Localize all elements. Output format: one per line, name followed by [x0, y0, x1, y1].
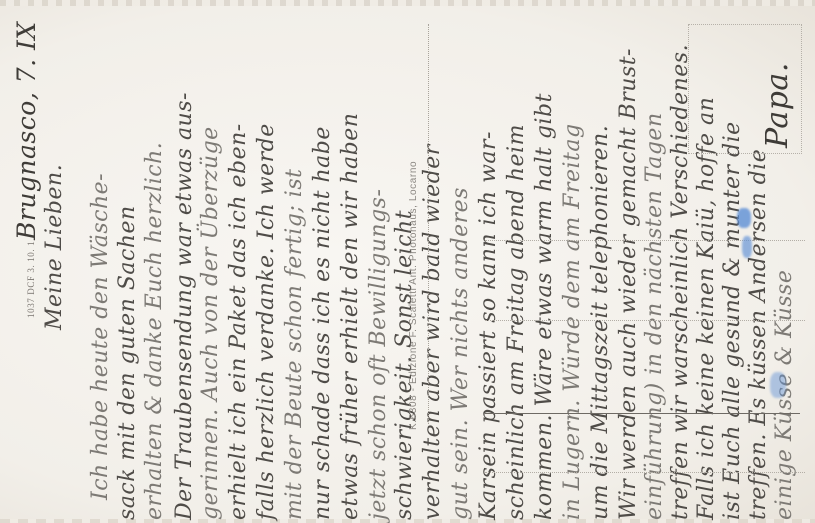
text-line: jetzt schon oft Bewilligungs-	[366, 189, 391, 520]
publisher-imprint: K.6308 - Edizione F. Scaletti Ant. Photo…	[408, 161, 419, 430]
place-date: Brugnasco, 7. IX	[12, 21, 41, 240]
postcard-back: 1037 DCF 3. 10. 1 Brugnasco, 7. IX Meine…	[0, 0, 815, 523]
text-line: Ich habe heute den Wäsche-	[88, 173, 113, 500]
address-line	[485, 240, 805, 241]
text-line: gerinnen. Auch von der Überzüge	[198, 126, 223, 520]
center-divider	[428, 24, 429, 424]
ink-blot	[770, 372, 786, 398]
address-line	[485, 320, 805, 321]
text-line: erhielt ich ein Paket das ich eben-	[226, 123, 251, 520]
text-line: Wir werden auch wieder gemacht Brust-	[616, 48, 641, 520]
stamp-box	[688, 24, 802, 154]
text-line: etwas früher erhielt den wir haben	[338, 113, 363, 520]
card-code: 1037 DCF 3. 10. 1	[26, 241, 36, 318]
text-line: einführung) in den nächsten Tagen	[642, 112, 667, 520]
text-line: um die Mittagszeit telephonieren.	[588, 125, 613, 520]
address-line-solid	[485, 413, 800, 414]
text-line: Karsein passiert so kann ich war-	[476, 131, 501, 520]
text-line: scheinlich am Freitag abend heim	[504, 124, 529, 520]
text-line: mit der Beute schon fertig; ist	[282, 169, 307, 520]
address-line	[485, 472, 805, 473]
text-line: in Lugern. Würde dem am Freitag	[560, 123, 585, 520]
text-line: verhalten aber wird bald wieder	[420, 144, 445, 520]
text-line: sack mit den guten Sachen	[115, 205, 140, 520]
text-line: nur schade dass ich es nicht habe	[310, 126, 335, 520]
ink-blot	[742, 236, 752, 258]
ink-blot	[737, 208, 751, 228]
text-line: Falls ich keine keinen Kaiü, hoffe an	[694, 97, 719, 520]
text-line: gut sein. Wer nichts anderes	[448, 187, 473, 520]
torn-edge-top	[0, 0, 815, 6]
salutation: Meine Lieben.	[42, 164, 67, 330]
text-line: treffen. Es küssen Andersen die	[746, 149, 771, 520]
text-line: Der Traubensendung war etwas aus-	[172, 92, 197, 520]
text-line: kommen. Wäre etwas warm halt gibt	[532, 93, 557, 520]
text-line: falls herzlich verdanke. Ich werde	[254, 123, 279, 520]
text-line: erhalten & danke Euch herzlich.	[142, 142, 167, 520]
